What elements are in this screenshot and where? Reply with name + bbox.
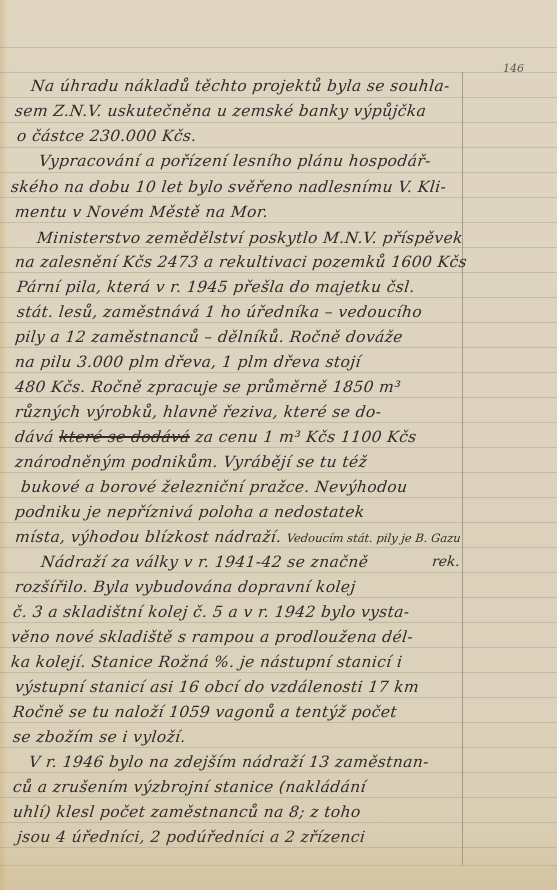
text-line: na pilu 3.000 plm dřeva, 1 plm dřeva sto… — [14, 352, 362, 372]
ruled-line — [0, 322, 557, 323]
text-line: Nádraží za války v r. 1941-42 se značně — [40, 552, 369, 572]
text-line: ců a zrušením výzbrojní stanice (nakládá… — [12, 777, 367, 797]
text-line: Ministerstvo zemědělství poskytlo M.N.V.… — [36, 228, 464, 248]
ruled-line — [0, 222, 557, 223]
ruled-line — [0, 597, 557, 598]
handwritten-ledger-page: 146 Na úhradu nákladů těchto projektů by… — [0, 0, 557, 890]
ruled-line — [0, 797, 557, 798]
text-line: Vypracování a pořízení lesního plánu hos… — [38, 151, 432, 171]
text-line: stát. lesů, zaměstnává 1 ho úředníka – v… — [16, 302, 423, 322]
text-line: na zalesnění Kčs 2473 a rekultivaci poze… — [14, 252, 468, 272]
text-line: ského na dobu 10 let bylo svěřeno nadles… — [10, 177, 447, 197]
ruled-line — [0, 747, 557, 748]
text-line: dává které se dodává za cenu 1 m³ Kčs 11… — [14, 427, 418, 447]
ruled-line — [0, 722, 557, 723]
ruled-line — [0, 72, 557, 73]
text-line: sem Z.N.V. uskutečněna u zemské banky vý… — [14, 101, 427, 121]
page-number: 146 — [503, 62, 524, 75]
ruled-line — [0, 865, 557, 866]
text-line: V r. 1946 bylo na zdejším nádraží 13 zam… — [28, 752, 430, 772]
ruled-line — [0, 172, 557, 173]
text-line: místa, výhodou blízkost nádraží. Vedoucí… — [14, 527, 462, 548]
ruled-line — [0, 347, 557, 348]
margin-line — [462, 72, 463, 865]
text-line: věno nové skladiště s rampou a prodlouže… — [10, 627, 414, 647]
text-line: znárodněným podnikům. Vyrábějí se tu též — [14, 452, 368, 472]
ruled-line — [0, 447, 557, 448]
text-line: Ročně se tu naloží 1059 vagonů a tentýž … — [12, 702, 398, 722]
ruled-line — [0, 497, 557, 498]
ruled-line — [0, 697, 557, 698]
ruled-line — [0, 397, 557, 398]
inline-annotation: Vedoucím stát. pily je B. Gazu — [286, 531, 461, 545]
margin-note: rek. — [431, 554, 461, 570]
text-line: ka kolejí. Stanice Rožná %. je nástupní … — [10, 652, 403, 672]
text-line: mentu v Novém Městě na Mor. — [14, 202, 269, 222]
text-line: bukové a borové železniční pražce. Nevýh… — [20, 477, 409, 497]
ruled-line — [0, 422, 557, 423]
ruled-line — [0, 272, 557, 273]
ruled-line — [0, 572, 557, 573]
text-fragment: místa, výhodou blízkost nádraží. — [14, 528, 282, 546]
text-line: rozšířilo. Byla vybudována dopravní kole… — [14, 577, 357, 597]
text-line: Pární pila, která v r. 1945 přešla do ma… — [16, 277, 416, 297]
ruled-line — [0, 472, 557, 473]
ruled-line — [0, 147, 557, 148]
ruled-line — [0, 197, 557, 198]
text-line: se zbožím se i vyloží. — [12, 727, 187, 747]
text-line: č. 3 a skladištní kolej č. 5 a v r. 1942… — [12, 602, 411, 622]
text-line: různých výrobků, hlavně řeziva, které se… — [14, 402, 382, 422]
text-line: podniku je nepříznivá poloha a nedostate… — [14, 502, 366, 522]
text-line: o částce 230.000 Kčs. — [16, 126, 198, 146]
ruled-line — [0, 97, 557, 98]
ruled-line — [0, 847, 557, 848]
text-line: jsou 4 úředníci, 2 podúředníci a 2 zříze… — [16, 827, 366, 847]
text-line: 480 Kčs. Ročně zpracuje se průměrně 1850… — [14, 377, 402, 397]
ruled-line — [0, 772, 557, 773]
ruled-line — [0, 522, 557, 523]
ruled-line — [0, 47, 557, 48]
struck-text: které se dodává — [58, 428, 191, 446]
ruled-line — [0, 647, 557, 648]
text-line: Na úhradu nákladů těchto projektů byla s… — [30, 76, 451, 96]
ruled-line — [0, 622, 557, 623]
text-line: pily a 12 zaměstnanců – dělníků. Ročně d… — [14, 327, 404, 347]
text-fragment: za cenu 1 m³ Kčs 1100 Kčs — [194, 428, 417, 446]
ruled-line — [0, 372, 557, 373]
ruled-line — [0, 297, 557, 298]
ruled-line — [0, 822, 557, 823]
ruled-line — [0, 672, 557, 673]
text-line: uhlí) klesl počet zaměstnanců na 8; z to… — [12, 802, 362, 822]
ruled-line — [0, 122, 557, 123]
text-fragment: dává — [14, 428, 55, 446]
text-line: výstupní stanicí asi 16 obcí do vzdáleno… — [14, 677, 420, 697]
